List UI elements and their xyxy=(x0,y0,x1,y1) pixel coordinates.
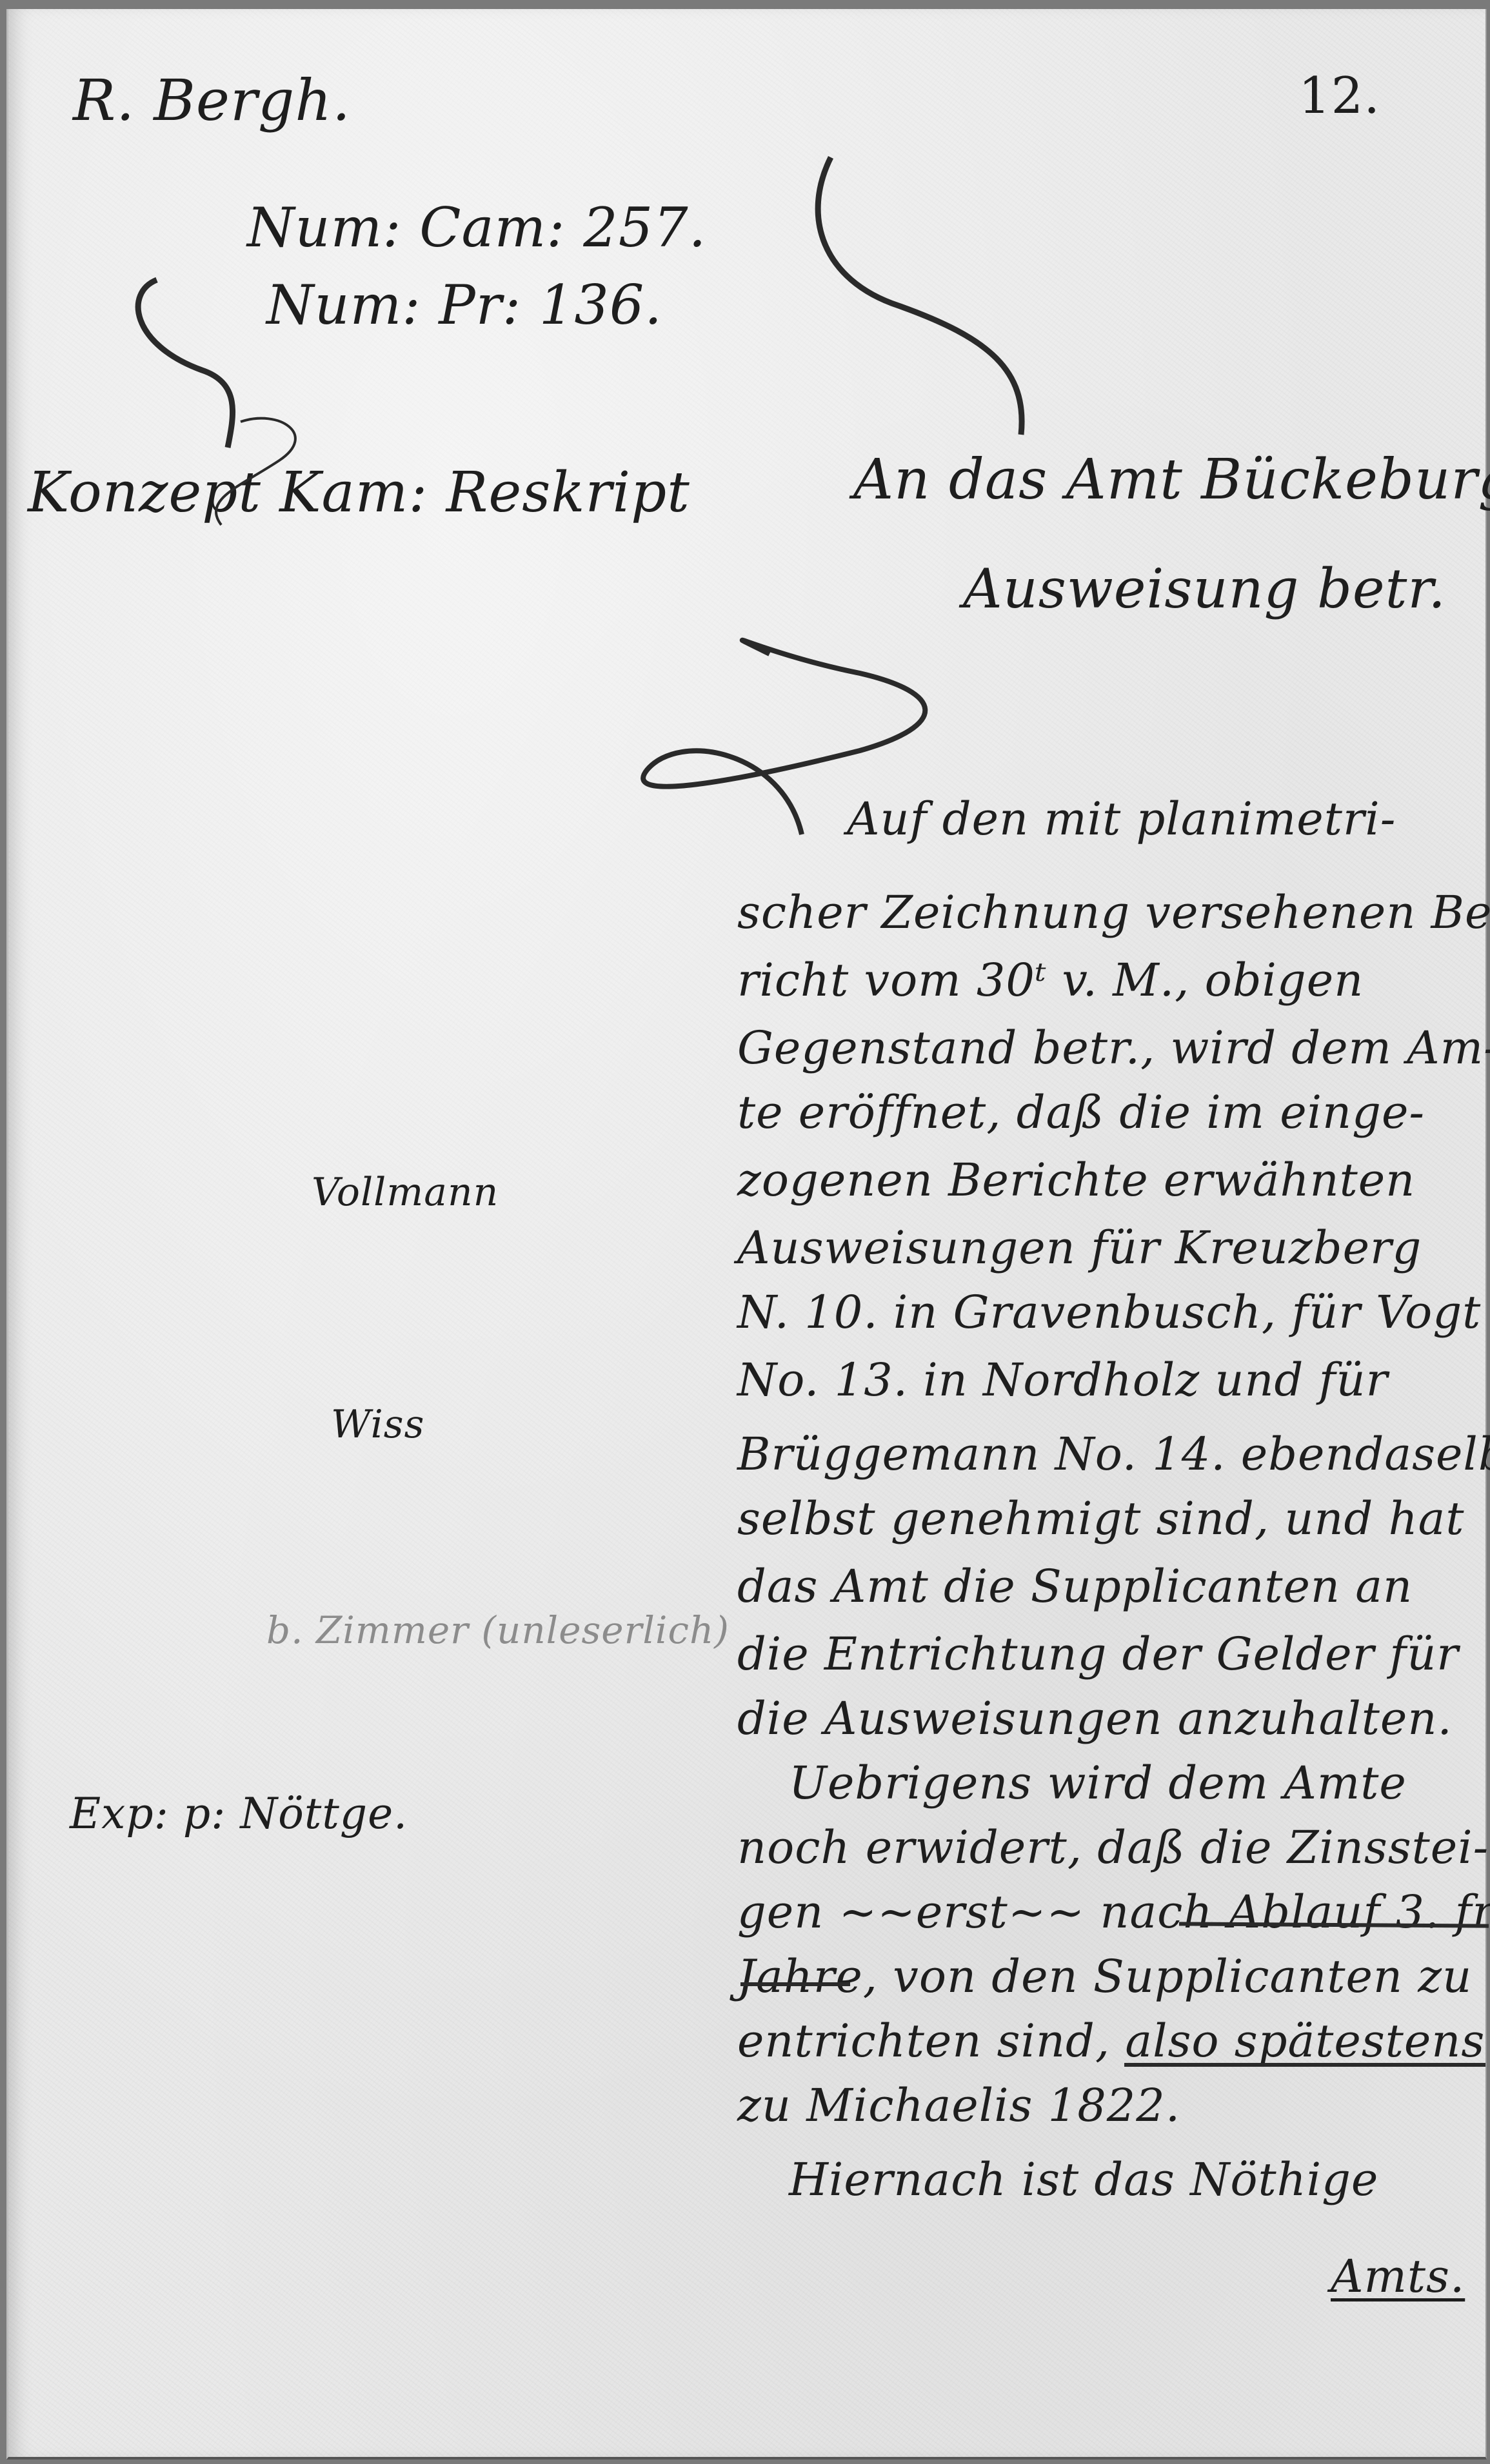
body-line: No. 13. in Nordholz und für xyxy=(737,1354,1388,1406)
signature-1: Vollmann xyxy=(312,1170,499,1215)
underline-mark xyxy=(1124,2063,1485,2067)
calligraphic-flourishes xyxy=(8,9,1485,912)
body-line: scher Zeichnung versehenen Be- xyxy=(737,886,1490,939)
body-line: Auf den mit planimetri- xyxy=(847,793,1396,845)
body-line: das Amt die Supplicanten an xyxy=(737,1560,1413,1613)
body-line: Uebrigens wird dem Amte xyxy=(789,1757,1407,1809)
body-line: te eröffnet, daß die im einge- xyxy=(737,1086,1425,1139)
body-line: die Ausweisungen anzuhalten. xyxy=(737,1692,1453,1745)
underline-mark xyxy=(740,1982,850,1986)
document-page: 12. R. Bergh. Num: Cam: 257. Num: Pr: 13… xyxy=(6,9,1487,2459)
expedition-note: Exp: p: Nöttge. xyxy=(70,1789,408,1838)
body-line: Gegenstand betr., wird dem Am- xyxy=(737,1021,1490,1074)
signature-2: Wiss xyxy=(331,1402,424,1447)
body-line: Hiernach ist das Nöthige xyxy=(789,2153,1378,2206)
body-line: selbst genehmigt sind, und hat xyxy=(737,1492,1465,1545)
body-line: die Entrichtung der Gelder für xyxy=(737,1628,1459,1680)
body-line: zu Michaelis 1822. xyxy=(737,2079,1180,2132)
body-line: Brüggemann No. 14. ebendaselbst xyxy=(737,1428,1490,1481)
pencil-note: b. Zimmer (unleserlich) xyxy=(266,1608,730,1652)
body-line: zogenen Berichte erwähnten xyxy=(737,1154,1415,1207)
body-line: Ausweisungen für Kreuzberg xyxy=(737,1221,1422,1274)
body-line: entrichten sind, also spätestens xyxy=(737,2015,1485,2067)
body-line: gen ~~erst~~ nach Ablauf 3. freier xyxy=(737,1886,1490,1938)
body-line: noch erwidert, daß die Zinsstei- xyxy=(737,1821,1489,1874)
body-line: Jahre, von den Supplicanten zu xyxy=(737,1950,1472,2003)
body-line: N. 10. in Gravenbusch, für Vogt xyxy=(737,1286,1481,1339)
closing-word: Amts. xyxy=(1331,2250,1465,2303)
body-line: richt vom 30ᵗ v. M., obigen xyxy=(737,954,1364,1007)
